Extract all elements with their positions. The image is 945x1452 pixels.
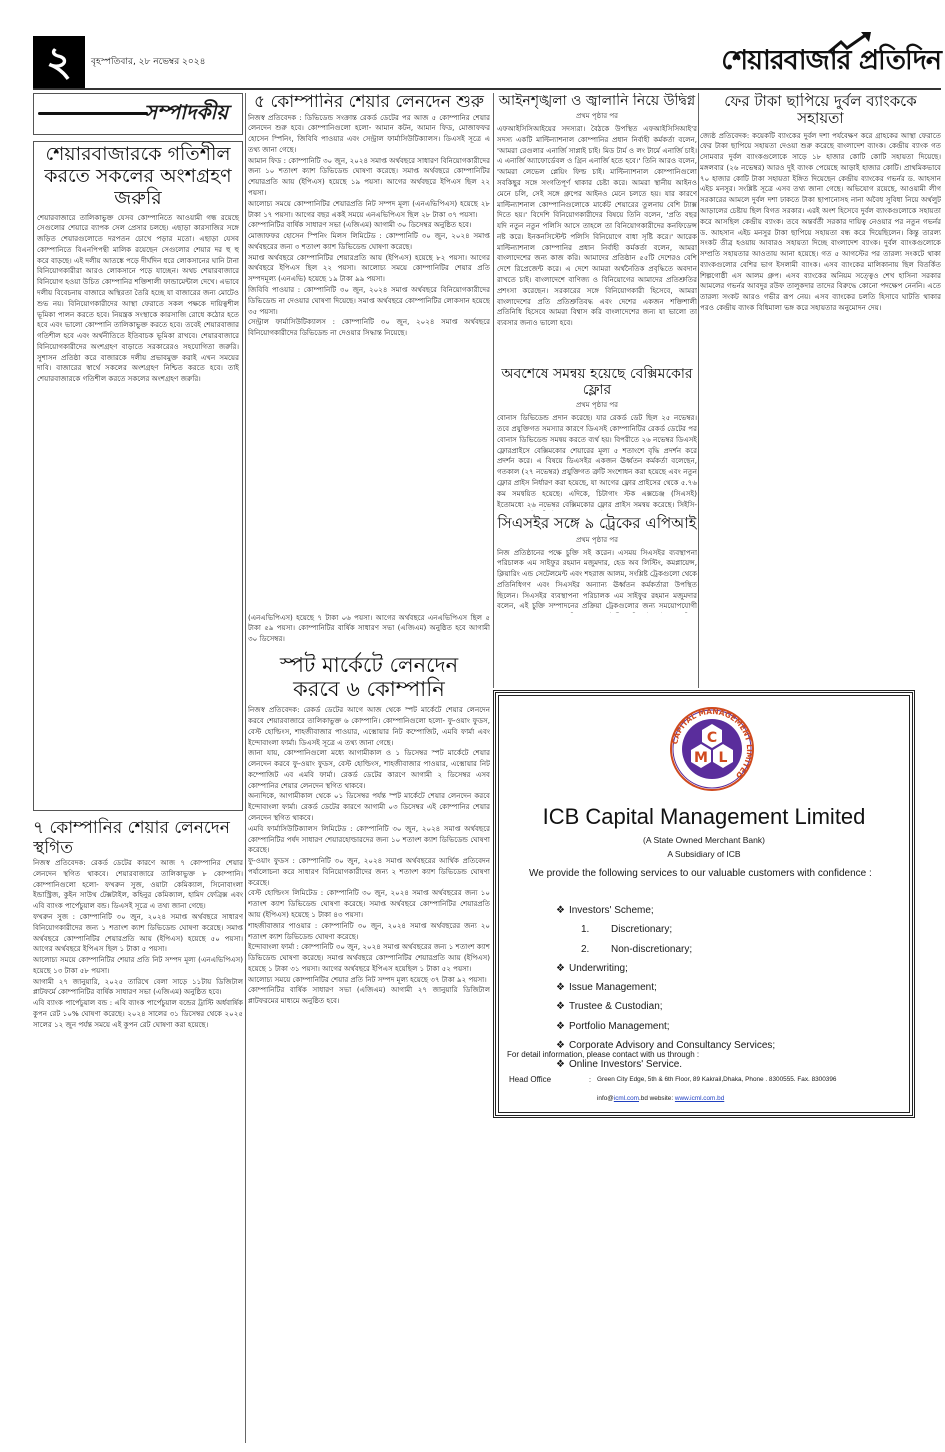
contact-intro: For detail information, please contact w…: [507, 1050, 699, 1059]
article-headline: অবশেষে সমন্বয় হয়েছে বেক্সিমকোর ফ্লোর: [497, 366, 697, 398]
article-body: নিজস্ব প্রতিবেদক: রেকর্ড ডেটের আগে আজ থে…: [248, 705, 490, 1007]
article-body: নিজ প্রতিষ্ঠানের পক্ষে চুক্তি সই করেন। এ…: [497, 548, 697, 613]
column-bank-news: ফের টাকা ছাপিয়ে দুর্বল ব্যাংককে সহায়তা…: [700, 93, 941, 688]
company-name: ICB Capital Management Limited: [499, 804, 909, 830]
service-item: ❖Portfolio Management;: [556, 1017, 775, 1036]
column-corporate-news: আইনশৃঙ্খলা ও জ্বালানি নিয়ে উদ্বিগ্ন প্র…: [497, 93, 697, 613]
paragraph: আলোচ্য সময়ে কোম্পানিটির শেয়ার প্রতি নি…: [248, 975, 490, 986]
column-editorial: সম্পাদকীয় শেয়ারবাজারকে গতিশীল করতে সকল…: [33, 93, 243, 1443]
email-link[interactable]: icml.com: [614, 1095, 639, 1102]
editorial-body: শেয়ারবাজারে তালিকাভুক্ত যেসব কোম্পানিতে…: [37, 213, 239, 386]
contact-row: Head Office:Green City Edge, 5th & 6th F…: [509, 1070, 882, 1089]
paragraph: অন্যদিকে, আগামীকাল থেকে ০১ ডিসেম্বর পর্য…: [248, 791, 490, 823]
diamond-bullet-icon: ❖: [556, 905, 565, 916]
website-link[interactable]: www.icml.com.bd: [675, 1095, 724, 1102]
paragraph: বেস্ট হোল্ডিংস লিমিটেড : কোম্পানিটি ৩০ জ…: [248, 888, 490, 920]
paragraph: আলোচ্য সময়ে কোম্পানিটির শেয়ারপ্রতি নিট…: [248, 199, 490, 221]
contact-row: info@icml.com.bd website: www.icml.com.b…: [509, 1089, 882, 1108]
article-headline: ৫ কোম্পানির শেয়ার লেনদেন শুরু: [248, 93, 490, 113]
article-body: নিজস্ব প্রতিবেদক : ডিভিডেন্ড সংক্রান্ত র…: [248, 113, 490, 593]
column-dividend-news: ৫ কোম্পানির শেয়ার লেনদেন শুরু নিজস্ব প্…: [248, 93, 490, 1443]
svg-text:C: C: [707, 730, 717, 746]
paragraph: এবি ব্যাংক পার্পেচুয়াল বন্ড : এবি ব্যাং…: [33, 998, 243, 1030]
page-number: ২: [33, 36, 85, 88]
paragraph: আলোচ্য সময়ে কোম্পানিটির শেয়ার প্রতি নি…: [33, 955, 243, 977]
service-subitem: 2.Non-discretionary;: [556, 940, 775, 959]
icml-logo-icon: CAPITAL MANAGEMENT LIMITED C M L: [669, 706, 755, 792]
company-subtitle: (A State Owned Merchant Bank): [499, 835, 909, 845]
continued-label: প্রথম পৃষ্ঠার পর: [497, 110, 697, 122]
diamond-bullet-icon: ❖: [556, 1059, 565, 1070]
paragraph: সেন্ট্রাল ফার্মাসিউটিক্যালস : কোম্পানিটি…: [248, 317, 490, 339]
paragraph: শাহজীবাজার পাওয়ার : কোম্পানিটি ৩০ জুন, …: [248, 921, 490, 943]
editorial-label: সম্পাদকীয়: [144, 98, 228, 131]
paragraph: এমবি ফার্মাসিউটিক্যালস লিমিটেড : কোম্পান…: [248, 824, 490, 856]
column-divider: [245, 93, 246, 1443]
paragraph: নিজস্ব প্রতিবেদক: রেকর্ড ডেটের আগে আজ থে…: [248, 705, 490, 748]
contact-row: Chittagong Branch:Ayub Trade Center (10 …: [509, 1108, 882, 1116]
svg-text:L: L: [719, 750, 728, 766]
paragraph: নিজস্ব প্রতিবেদক : ডিভিডেন্ড সংক্রান্ত র…: [248, 113, 490, 156]
editorial-box: শেয়ারবাজারকে গতিশীল করতে সকলের অংশগ্রহণ…: [33, 141, 243, 811]
paragraph: মোজাফফর হোসেন স্পিনিং মিলস লিমিটেড : কোম…: [248, 231, 490, 253]
service-item: ❖Underwriting;: [556, 959, 775, 978]
brush-stroke-decoration: [38, 112, 148, 115]
company-subsidiary: A Subsidiary of ICB: [499, 849, 909, 859]
icml-advertisement: CAPITAL MANAGEMENT LIMITED C M L ICB Cap…: [495, 692, 913, 1116]
paragraph: জানা যায়, কোম্পানিগুলো মধ্যে আগামীকাল ও…: [248, 748, 490, 791]
paragraph: আমান ফিড : কোম্পানিটি ৩০ জুন, ২০২৪ সমাপ্…: [248, 156, 490, 199]
header-rule: [33, 88, 941, 90]
service-item: ❖Trustee & Custodian;: [556, 997, 775, 1016]
dateline: বৃহস্পতিবার, ২৮ নভেম্বর ২০২৪: [91, 54, 205, 69]
article-headline: স্পট মার্কেটে লেনদেন করবে ৬ কোম্পানি: [268, 653, 470, 701]
svg-text:M: M: [694, 750, 708, 766]
paragraph: ফু-ওয়াং ফুডস : কোম্পানিটি ৩০ জুন, ২০২৪ …: [248, 856, 490, 888]
paragraph: সমাপ্ত অর্থবছরে কোম্পানিটির শেয়ারপ্রতি …: [248, 253, 490, 285]
article-body: এফআইসিসিআইয়ের সদস্যরা। বৈঠকে উপস্থিত এফ…: [497, 124, 697, 362]
diamond-bullet-icon: ❖: [556, 1001, 565, 1012]
article-headline: সিএসইর সঙ্গে ৯ ট্রেকের এপিআই: [497, 515, 697, 532]
article-headline: ৭ কোম্পানির শেয়ার লেনদেন স্থগিত: [33, 819, 243, 858]
paragraph: ফখরুন সুজ : কোম্পানিটি ৩০ জুন, ২০২৪ সমাপ…: [33, 912, 243, 955]
newspaper-logo: শেয়ারবাজার প্রতিদিন: [721, 40, 941, 85]
paragraph: কোম্পানিটির বার্ষিক সাধারণ সভা (এজিএম) আ…: [248, 985, 490, 1007]
editorial-headline: শেয়ারবাজারকে গতিশীল করতে সকলের অংশগ্রহণ…: [37, 144, 239, 210]
article-body: জ্যেষ্ঠ প্রতিবেদক: কয়েকটি ব্যাংকের দুর্…: [700, 131, 941, 314]
article-body: বোনাস ডিভিডেন্ড প্রদান করেছে। যার রেকর্ড…: [497, 413, 697, 511]
paragraph: (এনএভিপিএস) হয়েছে ৭ টাকা ০৬ পয়সা। আগের…: [248, 613, 490, 645]
masthead: ২ বৃহস্পতিবার, ২৮ নভেম্বর ২০২৪ শেয়ারবাজ…: [33, 36, 941, 90]
contact-list: Head Office:Green City Edge, 5th & 6th F…: [509, 1070, 882, 1116]
service-item: ❖Investors' Scheme;: [556, 901, 775, 920]
services-list: ❖Investors' Scheme; 1.Discretionary; 2.N…: [556, 901, 775, 1075]
column-divider: [698, 93, 699, 688]
continued-label: প্রথম পৃষ্ঠার পর: [497, 534, 697, 546]
continued-label: প্রথম পৃষ্ঠার পর: [497, 399, 697, 411]
services-intro: We provide the following services to our…: [529, 866, 889, 882]
paragraph: নিজস্ব প্রতিবেদক: রেকর্ড ডেটের কারণে আজ …: [33, 858, 243, 912]
article-body: নিজস্ব প্রতিবেদক: রেকর্ড ডেটের কারণে আজ …: [33, 858, 243, 1031]
paragraph: আগামী ২৭ জানুয়ারি, ২০২৫ তারিখে বেলা সাড…: [33, 977, 243, 999]
service-subitem: 1.Discretionary;: [556, 920, 775, 939]
service-item: ❖Issue Management;: [556, 978, 775, 997]
column-divider: [493, 93, 494, 688]
editorial-banner: সম্পাদকীয়: [33, 93, 243, 135]
article-headline: ফের টাকা ছাপিয়ে দুর্বল ব্যাংককে সহায়তা: [700, 93, 941, 128]
paragraph: ইন্দোবাংলা ফার্মা : কোম্পানিটি ৩০ জুন, ২…: [248, 942, 490, 974]
diamond-bullet-icon: ❖: [556, 982, 565, 993]
paragraph: জিবিবি পাওয়ার : কোম্পানিটি ৩০ জুন, ২০২৪…: [248, 285, 490, 317]
diamond-bullet-icon: ❖: [556, 1021, 565, 1032]
article-headline: আইনশৃঙ্খলা ও জ্বালানি নিয়ে উদ্বিগ্ন: [497, 93, 697, 109]
paragraph: কোম্পানিটির বার্ষিক সাধারণ সভা (এজিএম) আ…: [248, 220, 490, 231]
diamond-bullet-icon: ❖: [556, 963, 565, 974]
